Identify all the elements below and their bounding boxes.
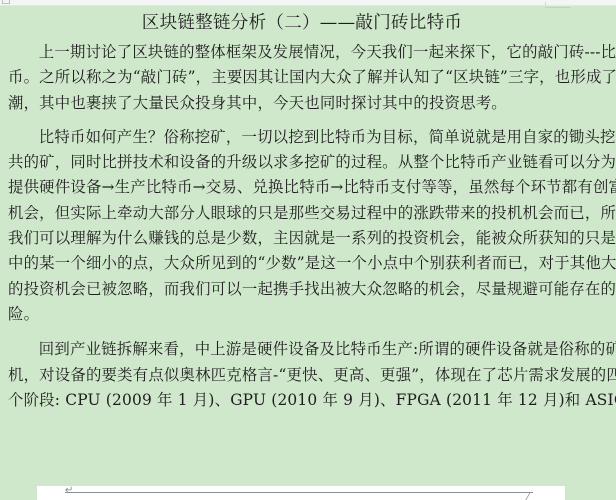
- paragraph-industry-chain: 回到产业链拆解来看，中上游是硬件设备及比特币生产:所谓的硬件设备就是俗称的矿 机…: [8, 337, 590, 413]
- anchor-icon: [525, 493, 537, 500]
- paragraph-line: 机，对设备的要类有点似奥林匹克格言-“更快、更高、更强”，体现在了芯片需求发展的…: [8, 363, 590, 388]
- page-corner-mark: [2, 0, 10, 4]
- paragraph-line: 险。: [8, 302, 590, 327]
- paragraph-line: 机会，但实际上牵动大部分人眼球的只是那些交易过程中的涨跌带来的投机机会而已，所以: [8, 201, 590, 226]
- window-top-strip: [0, 0, 616, 6]
- embedded-object-box[interactable]: ↵: [37, 486, 565, 500]
- document-title: 区块链整链分析（二）——敲门砖比特币: [8, 10, 590, 36]
- paragraph-line: 币。之所以称之为“敲门砖”，主要因其让国内大众了解并认知了“区块链”三字，也形成…: [8, 65, 590, 90]
- horizontal-rule: [65, 492, 533, 493]
- paragraph-line: 提供硬件设备→生产比特币→交易、兑换比特币→比特币支付等等，虽然每个环节都有创富: [8, 175, 590, 200]
- paragraph-line: 上一期讨论了区块链的整体框架及发展情况，今天我们一起来探下，它的敲门砖---比特: [8, 40, 590, 65]
- paragraph-line: 个阶段: CPU (2009 年 1 月)、GPU (2010 年 9 月)、F…: [8, 388, 590, 413]
- paragraph-line: 的投资机会已被忽略，而我们可以一起携手找出被大众忽略的机会，尽量规避可能存在的风: [8, 277, 590, 302]
- paragraph-mining: 比特币如何产生？俗称挖矿，一切以挖到比特币为目标，简单说就是用自家的锄头挖公 共…: [8, 125, 590, 327]
- ruler-tab-mark: [545, 2, 571, 8]
- paragraph-return-icon: ↵: [65, 486, 73, 496]
- paragraph-line: 我们可以理解为什么赚钱的总是少数，主因就是一系列的投资机会，能被众所获知的只是其: [8, 226, 590, 251]
- document-page: 区块链整链分析（二）——敲门砖比特币 上一期讨论了区块链的整体框架及发展情况，今…: [8, 10, 590, 413]
- paragraph-intro: 上一期讨论了区块链的整体框架及发展情况，今天我们一起来探下，它的敲门砖---比特…: [8, 40, 590, 116]
- paragraph-line: 潮，其中也裹挟了大量民众投身其中，今天也同时探讨其中的投资思考。: [8, 91, 590, 116]
- paragraph-line: 比特币如何产生？俗称挖矿，一切以挖到比特币为目标，简单说就是用自家的锄头挖公: [8, 125, 590, 150]
- paragraph-line: 共的矿，同时比拼技术和设备的升级以求多挖矿的过程。从整个比特币产业链看可以分为:: [8, 150, 590, 175]
- paragraph-line: 回到产业链拆解来看，中上游是硬件设备及比特币生产:所谓的硬件设备就是俗称的矿: [8, 337, 590, 362]
- paragraph-line: 中的某一个细小的点，大众所见到的“少数”是这一个小点中个别获利者而已，对于其他大…: [8, 251, 590, 276]
